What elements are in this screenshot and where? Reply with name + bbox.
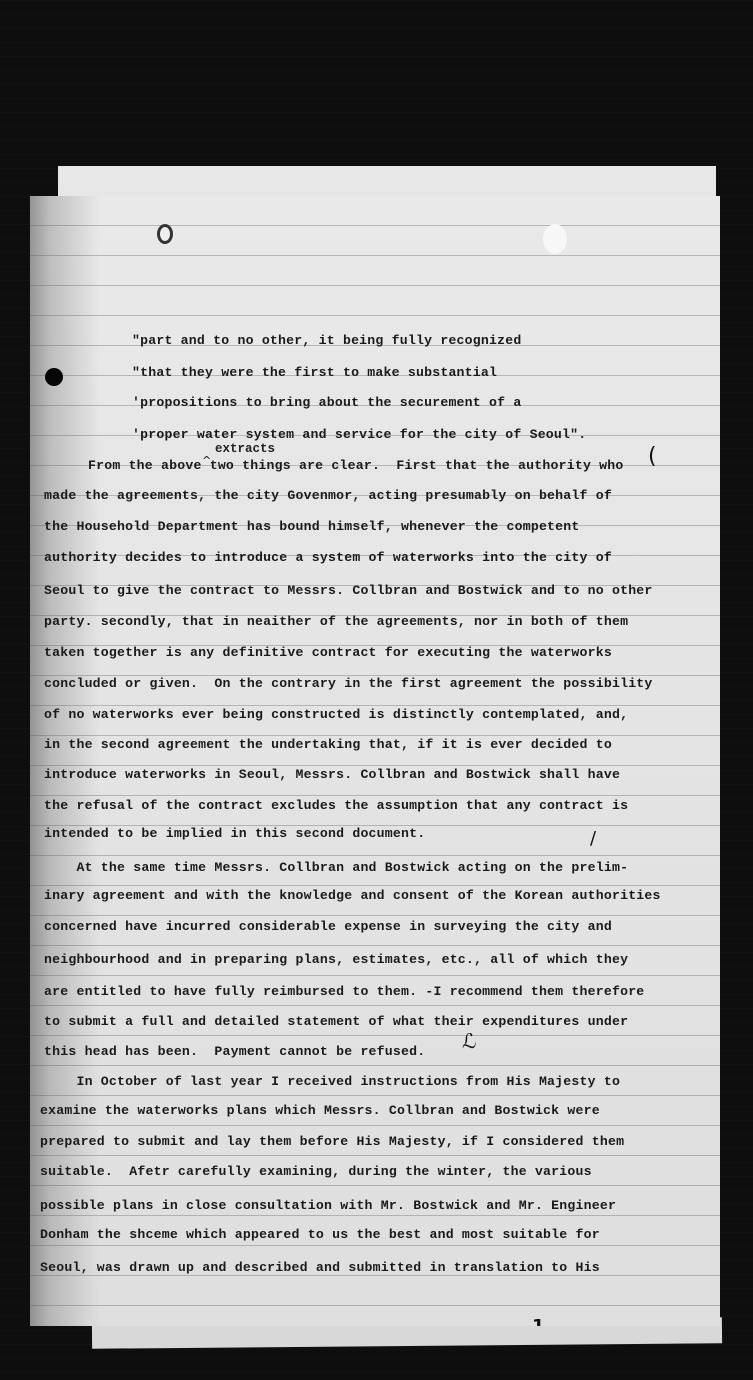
quoted-line: "part and to no other, it being fully re… xyxy=(132,333,521,349)
margin-pen-mark: / xyxy=(590,828,596,849)
body-line: made the agreements, the city Govenmor, … xyxy=(44,488,612,504)
body-line: Seoul to give the contract to Messrs. Co… xyxy=(44,583,653,599)
body-line: concluded or given. On the contrary in t… xyxy=(44,676,653,692)
body-line: Donham the shceme which appeared to us t… xyxy=(40,1227,600,1243)
ring-stain-mark xyxy=(157,224,173,244)
body-line: this head has been. Payment cannot be re… xyxy=(44,1044,425,1060)
body-line: of no waterworks ever being constructed … xyxy=(44,707,628,723)
pen-loop-mark: ℒ xyxy=(462,1029,476,1053)
body-line: taken together is any definitive contrac… xyxy=(44,645,612,661)
body-line: authority decides to introduce a system … xyxy=(44,550,612,566)
body-line: neighbourhood and in preparing plans, es… xyxy=(44,952,628,968)
body-line: to submit a full and detailed statement … xyxy=(44,1014,628,1030)
body-line: in the second agreement the undertaking … xyxy=(44,737,612,753)
page-number: 1 xyxy=(532,1316,545,1326)
body-line: In October of last year I received instr… xyxy=(44,1074,620,1090)
body-line: the refusal of the contract excludes the… xyxy=(44,798,628,814)
light-spot-mark xyxy=(543,224,567,254)
body-line: introduce waterworks in Seoul, Messrs. C… xyxy=(44,767,620,783)
body-line: suitable. Afetr carefully examining, dur… xyxy=(40,1164,592,1180)
body-line: are entitled to have fully reimbursed to… xyxy=(44,984,644,1000)
body-line: examine the waterworks plans which Messr… xyxy=(40,1103,600,1119)
body-line: concerned have incurred considerable exp… xyxy=(44,919,612,935)
handwritten-insertion: extracts xyxy=(215,442,275,456)
body-line: prepared to submit and lay them before H… xyxy=(40,1134,624,1150)
body-line: party. secondly, that in neaither of the… xyxy=(44,614,628,630)
punch-hole xyxy=(45,368,63,386)
body-line: At the same time Messrs. Collbran and Bo… xyxy=(44,860,628,876)
body-line: possible plans in close consultation wit… xyxy=(40,1198,616,1214)
body-line: intended to be implied in this second do… xyxy=(44,826,425,842)
quoted-line: "that they were the first to make substa… xyxy=(132,365,497,381)
body-line: Seoul, was drawn up and described and su… xyxy=(40,1260,600,1276)
quoted-line: 'proper water system and service for the… xyxy=(132,427,586,443)
body-line: the Household Department has bound himse… xyxy=(44,519,580,535)
document-page: "part and to no other, it being fully re… xyxy=(30,196,720,1326)
body-line: From the above two things are clear. Fir… xyxy=(88,458,624,474)
quoted-line: 'propositions to bring about the securem… xyxy=(132,395,521,411)
body-line: inary agreement and with the knowledge a… xyxy=(44,888,661,904)
margin-pen-mark: ( xyxy=(648,444,657,469)
